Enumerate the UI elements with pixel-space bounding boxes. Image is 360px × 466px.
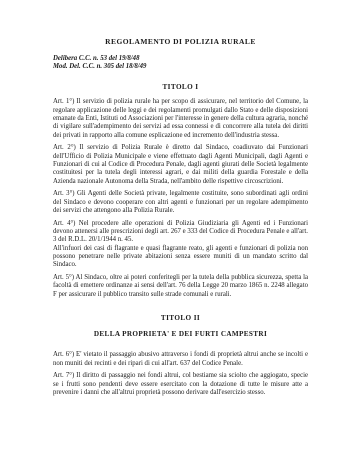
section-titolo-1: TITOLO I Art. 1°) Il servizio di polizia… xyxy=(53,83,308,299)
document-page: REGOLAMENTO DI POLIZIA RURALE Delibera C… xyxy=(0,0,360,466)
article-3-paragraph: Art. 3°) Gli Agenti delle Società privat… xyxy=(53,190,308,215)
delibera-reference-block: Delibera C.C. n. 53 del 19/8/48 Mod. Del… xyxy=(53,55,308,72)
delibera-line-2: Mod. Del. C.C. n. 305 del 18/8/49 xyxy=(53,63,308,71)
section-2-heading: TITOLO II xyxy=(53,314,308,323)
document-title: REGOLAMENTO DI POLIZIA RURALE xyxy=(53,37,308,46)
section-1-heading: TITOLO I xyxy=(53,83,308,92)
article-4-paragraph: Art. 4°) Nel procedere alle operazioni d… xyxy=(53,220,308,270)
article-1-paragraph: Art. 1°) Il servizio di polizia rurale h… xyxy=(53,98,308,140)
article-2-paragraph: Art. 2°) Il servizio di Polizia Rurale è… xyxy=(53,144,308,186)
section-titolo-2: TITOLO II DELLA PROPRIETA' E DEI FURTI C… xyxy=(53,314,308,398)
delibera-line-1: Delibera C.C. n. 53 del 19/8/48 xyxy=(53,55,308,63)
article-6-paragraph: Art. 6°) E' vietato il passaggio abusivo… xyxy=(53,351,308,368)
section-2-subheading: DELLA PROPRIETA' E DEI FURTI CAMPESTRI xyxy=(53,330,308,339)
article-5-paragraph: Art. 5°) Al Sindaco, oltre ai poteri con… xyxy=(53,274,308,299)
article-7-paragraph: Art. 7°) Il diritto di passaggio nei fon… xyxy=(53,372,308,397)
